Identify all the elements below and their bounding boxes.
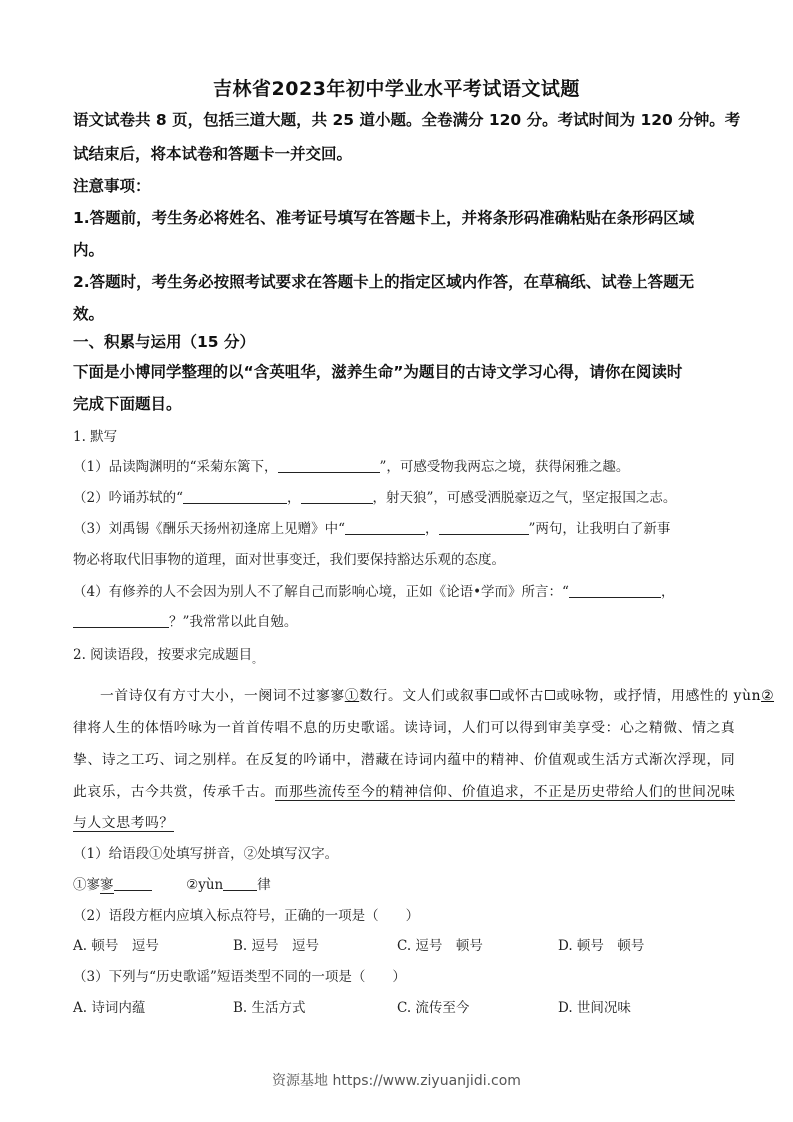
section-1-desc-line-2: 完成下面题目。 xyxy=(73,392,723,414)
answer-blank[interactable] xyxy=(345,520,425,535)
sub2-option-d[interactable]: D. 顿号 顿号 xyxy=(558,934,644,954)
passage-text: 一首诗仅有方寸大小，一阕词不过寥寥 xyxy=(100,688,345,704)
sub3-option-a[interactable]: A. 诗词内蕴 xyxy=(73,996,145,1016)
q1-p2-text-a: （2）吟诵苏轼的“ xyxy=(73,490,183,506)
answer-blank[interactable] xyxy=(223,876,257,891)
passage-line-5: 与人文思考吗？ xyxy=(73,811,723,831)
answer-1-prefix: ①寥 xyxy=(73,877,100,893)
answer-blank[interactable] xyxy=(301,489,373,504)
question-1-part-4-line-2: ？”我常常以此自勉。 xyxy=(73,610,723,630)
q1-p1-text-a: （1）品读陶渊明的“采菊东篱下， xyxy=(73,459,278,475)
answer-blank[interactable] xyxy=(278,458,380,473)
sub3-option-b[interactable]: B. 生活方式 xyxy=(233,996,306,1016)
passage-text: 数行。文人们或叙事 xyxy=(359,688,489,704)
marker-2: ② xyxy=(761,688,774,704)
sub-question-2: （2）语段方框内应填入标点符号，正确的一项是（ ） xyxy=(73,904,723,924)
sub-question-3: （3）下列与“历史歌谣”短语类型不同的一项是（ ） xyxy=(73,965,723,985)
sub2-option-a[interactable]: A. 顿号 逗号 xyxy=(73,934,159,954)
notes-heading: 注意事项： xyxy=(73,174,723,196)
answer-2-suffix: 律 xyxy=(257,877,271,893)
q1-p2-text-c: ，射天狼”，可感受洒脱豪迈之气，坚定报国之志。 xyxy=(373,490,677,506)
question-1-part-2: （2）吟诵苏轼的“，，射天狼”，可感受洒脱豪迈之气，坚定报国之志。 xyxy=(73,486,723,506)
punctuation-box xyxy=(545,690,555,700)
footer-watermark: 资源基地 https://www.ziyuanjidi.com xyxy=(0,1070,793,1090)
q1-p1-text-b: ”，可感受物我两忘之境，获得闲雅之趣。 xyxy=(380,459,630,475)
question-1-part-4: （4）有修养的人不会因为别人不了解自己而影响心境，正如《论语•学而》所言：“， xyxy=(73,580,723,600)
passage-text: 或咏物，或抒情，用感性的 yùn xyxy=(556,688,761,704)
answer-blank[interactable] xyxy=(183,489,287,504)
intro-line-2: 试结束后，将本试卷和答题卡一并交回。 xyxy=(73,142,723,164)
passage-line-3: 挚、诗之工巧、词之别样。在反复的吟诵中，潜藏在诗词内蕴中的精神、价值观或生活方式… xyxy=(73,748,723,768)
sub3-option-c[interactable]: C. 流传至今 xyxy=(397,996,469,1016)
passage-text: 此哀乐，古今共赏，传承千古。 xyxy=(73,784,275,800)
note-2-line-1: 2.答题时，考生务必按照考试要求在答题卡上的指定区域内作答，在草稿纸、试卷上答题… xyxy=(73,270,723,292)
answer-1-char: 寥 xyxy=(100,877,114,894)
answer-2-prefix: ②yùn xyxy=(186,877,223,893)
underlined-sentence-end: 与人文思考吗？ xyxy=(73,815,174,832)
q1-p3-text-b: ， xyxy=(425,521,439,537)
note-2-line-2: 效。 xyxy=(73,302,723,324)
passage-line-1: 一首诗仅有方寸大小，一阕词不过寥寥①数行。文人们或叙事或怀古或咏物，或抒情，用感… xyxy=(100,684,750,704)
answer-blank[interactable] xyxy=(439,520,529,535)
q1-p2-text-b: ， xyxy=(287,490,301,506)
punctuation-box xyxy=(490,690,500,700)
q2-label-text: 2. 阅读语段，按要求完成题目 xyxy=(73,647,252,663)
intro-line-1: 语文试卷共 8 页，包括三道大题，共 25 道小题。全卷满分 120 分。考试时… xyxy=(73,108,723,130)
q1-p3-text-c: ”两句，让我明白了新事 xyxy=(529,521,671,537)
sub2-option-b[interactable]: B. 逗号 逗号 xyxy=(233,934,319,954)
exam-page: 吉林省2023年初中学业水平考试语文试题 语文试卷共 8 页，包括三道大题，共 … xyxy=(0,0,793,1122)
sub-question-1: （1）给语段①处填写拼音，②处填写汉字。 xyxy=(73,842,723,862)
answer-blank[interactable] xyxy=(569,583,661,598)
marker-1: ① xyxy=(345,688,359,704)
passage-line-2: 律将人生的体悟吟咏为一首首传唱不息的历史歌谣。读诗词，人们可以得到审美享受：心之… xyxy=(73,716,723,736)
question-1-part-1: （1）品读陶渊明的“采菊东篱下，”，可感受物我两忘之境，获得闲雅之趣。 xyxy=(73,455,723,475)
answer-blank[interactable] xyxy=(114,876,152,891)
passage-text: 或怀古 xyxy=(501,688,544,704)
q1-p4-line-2: ？”我常常以此自勉。 xyxy=(169,614,297,630)
note-1-line-1: 1.答题前，考生务必将姓名、准考证号填写在答题卡上，并将条形码准确粘贴在条形码区… xyxy=(73,206,723,228)
answer-blank[interactable] xyxy=(73,613,169,628)
q1-p3-text-a: （3）刘禹锡《酬乐天扬州初逢席上见赠》中“ xyxy=(73,521,345,537)
question-1-part-3: （3）刘禹锡《酬乐天扬州初逢席上见赠》中“，”两句，让我明白了新事 xyxy=(73,517,723,537)
page-title: 吉林省2023年初中学业水平考试语文试题 xyxy=(0,74,793,101)
q1-p4-text-a: （4）有修养的人不会因为别人不了解自己而影响心境，正如《论语•学而》所言：“ xyxy=(73,584,569,600)
sub3-option-d[interactable]: D. 世间况味 xyxy=(558,996,631,1016)
q1-p4-text-b: ， xyxy=(661,584,675,600)
section-1-desc-line-1: 下面是小博同学整理的以“含英咀华，滋养生命”为题目的古诗文学习心得，请你在阅读时 xyxy=(73,360,723,382)
question-1-label: 1. 默写 xyxy=(73,425,723,445)
sub-question-1-answers: ①寥寥 ②yùn律 xyxy=(73,873,723,893)
note-1-line-2: 内。 xyxy=(73,238,723,260)
question-1-part-3-line-2: 物必将取代旧事物的道理，面对世事变迁，我们要保持豁达乐观的态度。 xyxy=(73,548,723,568)
passage-line-4: 此哀乐，古今共赏，传承千古。而那些流传至今的精神信仰、价值追求，不正是历史带给人… xyxy=(73,780,723,800)
section-1-heading: 一、积累与运用（15 分） xyxy=(73,330,723,352)
sub2-option-c[interactable]: C. 逗号 顿号 xyxy=(397,934,483,954)
question-2-label: 2. 阅读语段，按要求完成题目。 xyxy=(73,643,723,666)
underlined-sentence: 而那些流传至今的精神信仰、价值追求，不正是历史带给人们的世间况味 xyxy=(275,784,736,801)
q2-label-tail: 。 xyxy=(252,655,262,666)
